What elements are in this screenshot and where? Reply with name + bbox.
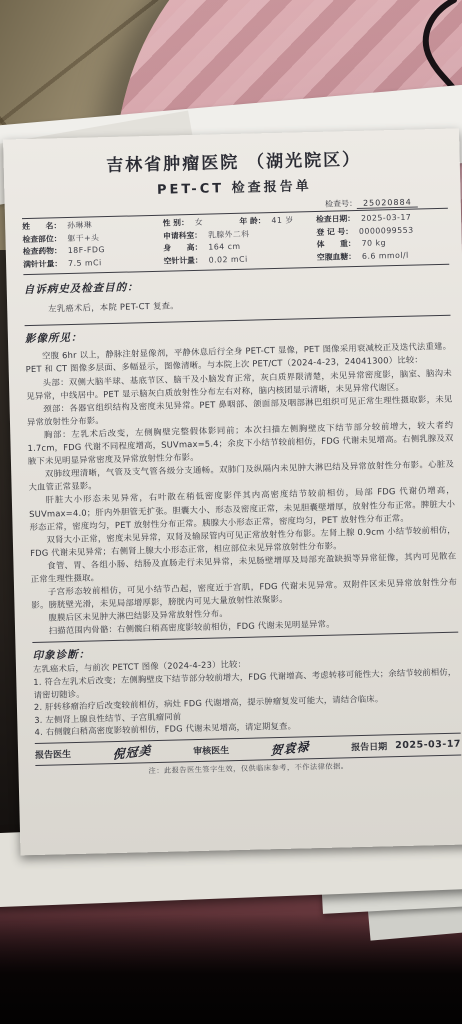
field-label: 年 龄： <box>239 215 265 228</box>
field-value: 乳腺外二科 <box>208 228 250 242</box>
field-value: 70 kg <box>362 237 387 250</box>
field-value: 0.02 mCi <box>208 253 247 267</box>
field-label: 体 重： <box>317 238 356 252</box>
findings-body: 空腹 6hr 以上，静脉注射显像剂，平静休息后行全身 PET-CT 显像，PET… <box>25 340 458 638</box>
exam-number-label: 检查号： <box>325 199 357 209</box>
patient-info-field: 空腹血糖：6.6 mmol/l <box>317 248 449 264</box>
field-label: 空针计量： <box>164 255 203 269</box>
field-value: 41 岁 <box>271 214 294 227</box>
report-doctor-label: 报告医生 <box>35 747 71 761</box>
impression-section: 印象诊断： 左乳癌术后，与前次 PETCT 图像（2024-4-23）比较： 1… <box>33 638 461 739</box>
findings-section: 影像所见： 空腹 6hr 以上，静脉注射显像剂，平静休息后行全身 PET-CT … <box>25 321 458 638</box>
field-label: 申请科室： <box>163 229 202 243</box>
field-value: 2025-03-17 <box>361 212 412 226</box>
report-date-value: 2025-03-17 <box>395 739 461 752</box>
review-doctor-label: 审核医生 <box>193 743 229 757</box>
field-label: 性 别： <box>163 217 189 230</box>
field-label: 检查药物： <box>23 245 62 259</box>
field-label: 登 记 号： <box>316 226 353 239</box>
field-value: 164 cm <box>208 241 241 254</box>
field-value: 18F-FDG <box>68 244 106 258</box>
exam-number-value: 25020884 <box>357 197 418 208</box>
history-section: 自诉病史及检查目的： 左乳癌术后，本院 PET-CT 复查。 <box>24 272 451 315</box>
field-label: 满针计量： <box>23 258 62 272</box>
patient-info-table: 姓 名：孙琳琳性 别：女年 龄：41 岁检查日期：2025-03-17检查部位：… <box>22 208 449 276</box>
patient-info-field: 满针计量：7.5 mCi <box>23 255 164 271</box>
field-value: 孙琳琳 <box>67 219 92 232</box>
photo-of-petct-report: 0431-85871346 体温监测区域请对比予以注意 吉林省肿瘤医院 （湖光院… <box>0 0 462 1024</box>
report-date-label: 报告日期 <box>351 739 387 753</box>
report-doctor-signature: 倪冠美 <box>81 738 183 767</box>
field-label: 检查日期： <box>316 213 355 227</box>
field-value: 6.6 mmol/l <box>362 249 409 263</box>
field-label: 空腹血糖： <box>317 251 356 265</box>
field-value: 女 <box>195 217 204 230</box>
patient-info-field: 空针计量：0.02 mCi <box>164 252 318 268</box>
field-label: 身 高： <box>163 242 202 256</box>
field-value: 躯干+头 <box>67 232 99 245</box>
history-body: 左乳癌术后，本院 PET-CT 复查。 <box>48 293 450 315</box>
field-label: 检查部位： <box>22 233 61 247</box>
petct-report-sheet: 吉林省肿瘤医院 （湖光院区） PET-CT 检查报告单 检查号：25020884… <box>3 128 462 855</box>
impression-items: 1. 符合左乳术后改变；左侧胸壁皮下结节部分较前增大，FDG 代谢增高、考虑转移… <box>33 666 460 739</box>
field-label: 姓 名： <box>22 220 61 234</box>
review-doctor-signature: 贺袁禄 <box>239 734 341 763</box>
field-value: 7.5 mCi <box>68 257 102 270</box>
